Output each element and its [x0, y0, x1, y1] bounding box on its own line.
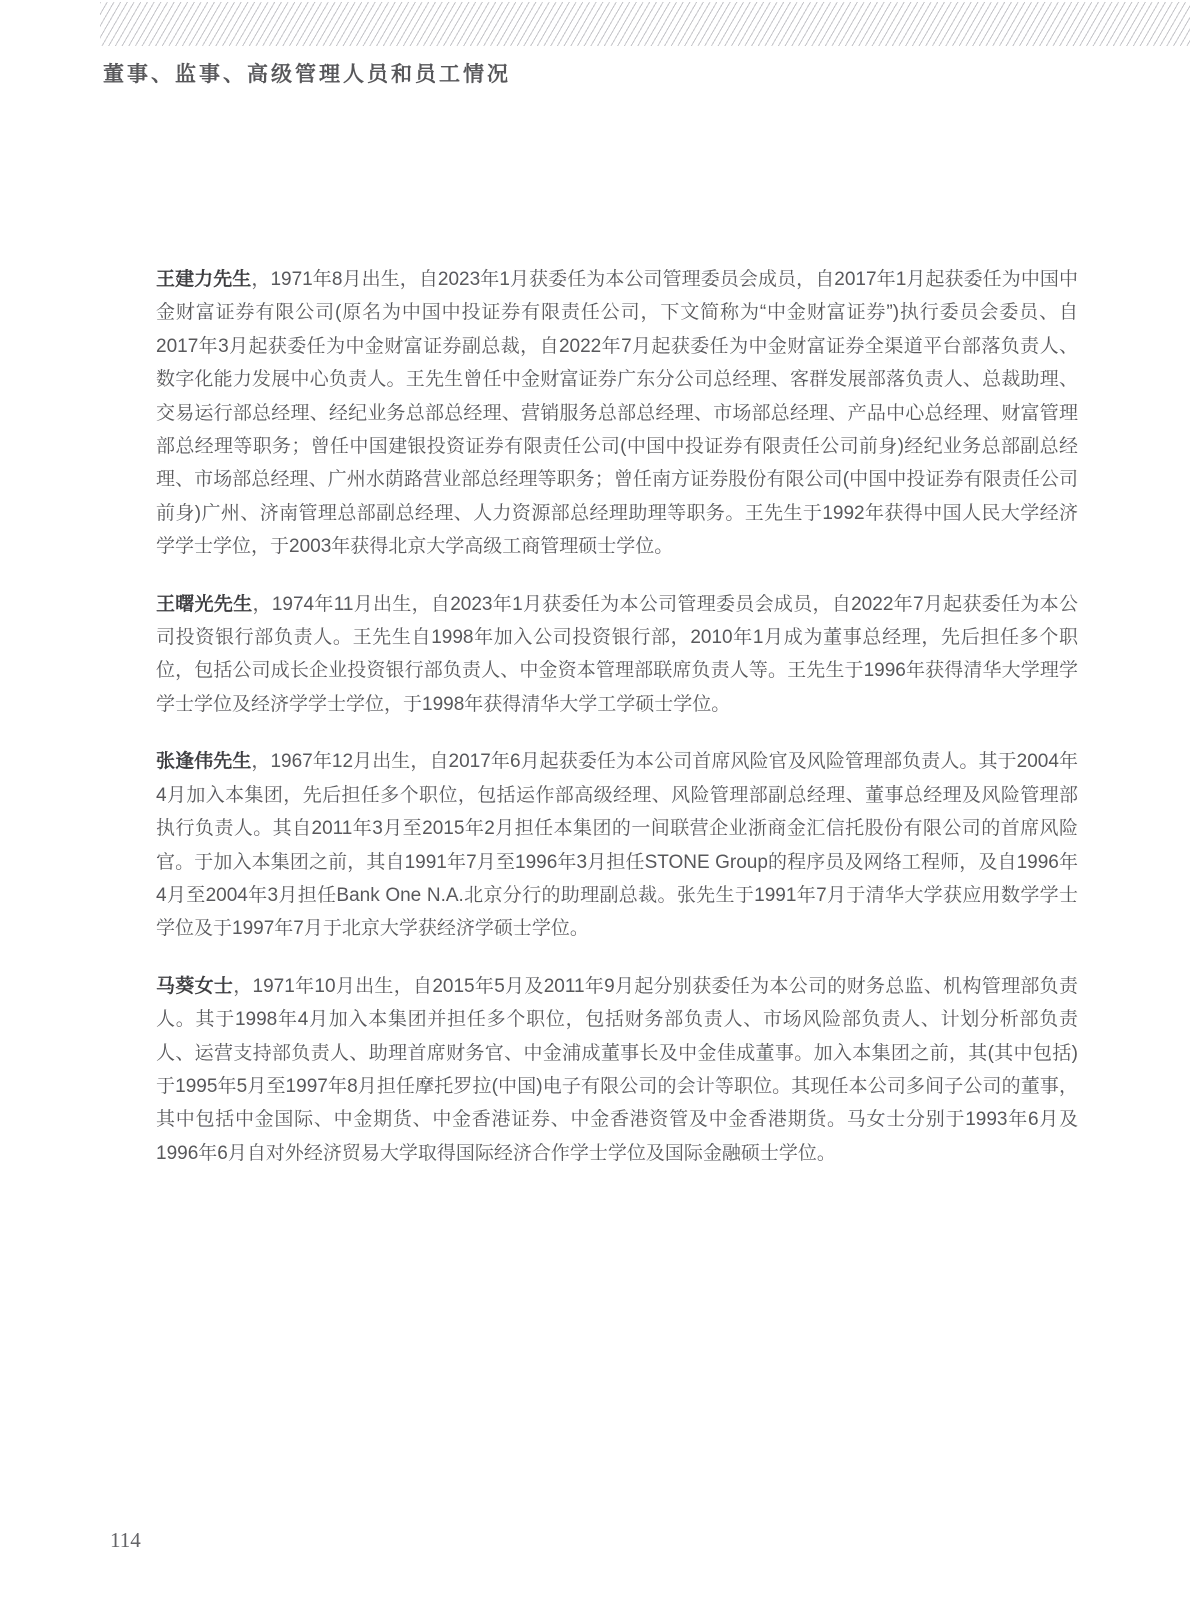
bio-text: ，1971年10月出生，自2015年5月及2011年9月起分别获委任为本公司的财…	[156, 976, 1078, 1164]
bio-text: ，1974年11月出生，自2023年1月获委任为本公司管理委员会成员，自2022…	[156, 594, 1078, 715]
bio-paragraph-wang-shuguang: 王曙光先生，1974年11月出生，自2023年1月获委任为本公司管理委员会成员，…	[156, 588, 1078, 722]
bio-paragraph-ma-kui: 马葵女士，1971年10月出生，自2015年5月及2011年9月起分别获委任为本…	[156, 970, 1078, 1170]
page-number: 114	[110, 1528, 141, 1553]
bio-paragraph-zhang-fengwei: 张逢伟先生，1967年12月出生，自2017年6月起获委任为本公司首席风险官及风…	[156, 745, 1078, 945]
bio-text: ，1971年8月出生，自2023年1月获委任为本公司管理委员会成员，自2017年…	[156, 269, 1078, 557]
bio-paragraph-wang-jianli: 王建力先生，1971年8月出生，自2023年1月获委任为本公司管理委员会成员，自…	[156, 263, 1078, 564]
bio-content: 王建力先生，1971年8月出生，自2023年1月获委任为本公司管理委员会成员，自…	[156, 263, 1078, 1194]
person-name: 马葵女士	[156, 976, 233, 997]
person-name: 张逢伟先生	[156, 751, 251, 772]
person-name: 王曙光先生	[156, 594, 253, 615]
hatch-pattern-band	[100, 2, 1190, 46]
page-title: 董事、监事、高级管理人员和员工情况	[103, 58, 511, 88]
person-name: 王建力先生	[156, 269, 251, 290]
document-page: 董事、监事、高级管理人员和员工情况 王建力先生，1971年8月出生，自2023年…	[0, 0, 1190, 1615]
bio-text: ，1967年12月出生，自2017年6月起获委任为本公司首席风险官及风险管理部负…	[156, 751, 1078, 939]
